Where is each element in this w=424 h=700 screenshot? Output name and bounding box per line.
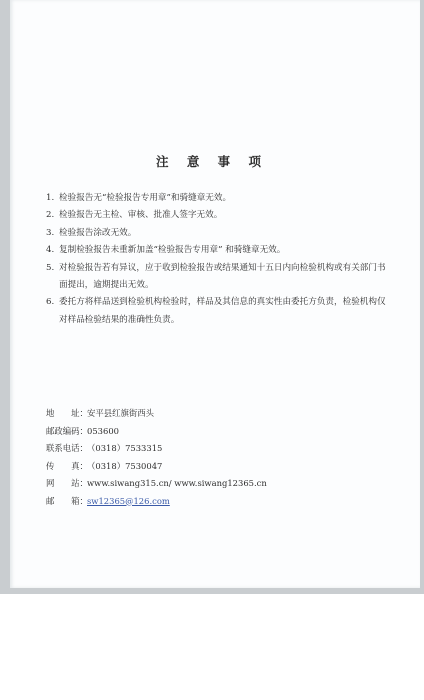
- page-title: 注 意 事 项: [0, 152, 424, 170]
- notice-text: 检验报告无“检验报告专用章”和骑缝章无效。: [59, 190, 391, 207]
- website-label: 网 站：: [46, 475, 87, 493]
- website-value[interactable]: www.siwang315.cn/ www.siwang12365.cn: [87, 478, 267, 488]
- notice-item: 6. 委托方将样品送到检验机构检验时，样品及其信息的真实性由委托方负责，检验机构…: [46, 294, 391, 329]
- notice-text: 检验报告涂改无效。: [59, 225, 391, 242]
- notice-text: 复制检验报告未重新加盖“检验报告专用章” 和骑缝章无效。: [59, 242, 391, 259]
- fax-label: 传 真：: [46, 458, 87, 476]
- email-label: 邮 箱：: [46, 493, 87, 511]
- notice-item: 1. 检验报告无“检验报告专用章”和骑缝章无效。: [46, 190, 391, 207]
- phone-value: （0318）7533315: [87, 443, 162, 453]
- contact-address: 地 址：安平县红旗街西头: [46, 405, 267, 423]
- notice-text: 检验报告无主检、审核、批准人签字无效。: [59, 207, 391, 224]
- fax-value: （0318）7530047: [87, 461, 162, 471]
- notice-text: 委托方将样品送到检验机构检验时，样品及其信息的真实性由委托方负责，检验机构仅对样…: [59, 294, 391, 329]
- notice-item: 2. 检验报告无主检、审核、批准人签字无效。: [46, 207, 391, 224]
- email-link[interactable]: sw12365@126.com: [87, 496, 170, 506]
- notice-number: 3.: [46, 225, 59, 242]
- notice-item: 4. 复制检验报告未重新加盖“检验报告专用章” 和骑缝章无效。: [46, 242, 391, 259]
- contact-email: 邮 箱：sw12365@126.com: [46, 493, 267, 511]
- contact-website: 网 站：www.siwang315.cn/ www.siwang12365.cn: [46, 475, 267, 493]
- notice-number: 1.: [46, 190, 59, 207]
- address-label: 地 址：: [46, 405, 87, 423]
- notice-list: 1. 检验报告无“检验报告专用章”和骑缝章无效。 2. 检验报告无主检、审核、批…: [46, 190, 391, 329]
- phone-label: 联系电话：: [46, 440, 87, 458]
- postcode-value: 053600: [87, 426, 119, 436]
- notice-number: 4.: [46, 242, 59, 259]
- notice-number: 6.: [46, 294, 59, 329]
- address-value: 安平县红旗街西头: [87, 408, 154, 418]
- contact-info: 地 址：安平县红旗街西头 邮政编码：053600 联系电话：（0318）7533…: [46, 405, 267, 510]
- notice-item: 5. 对检验报告若有异议，应于收到检验报告或结果通知十五日内向检验机构或有关部门…: [46, 260, 391, 295]
- notice-number: 2.: [46, 207, 59, 224]
- notice-number: 5.: [46, 260, 59, 295]
- notice-text: 对检验报告若有异议，应于收到检验报告或结果通知十五日内向检验机构或有关部门书面提…: [59, 260, 391, 295]
- contact-phone: 联系电话：（0318）7533315: [46, 440, 267, 458]
- notice-item: 3. 检验报告涂改无效。: [46, 225, 391, 242]
- postcode-label: 邮政编码：: [46, 423, 87, 441]
- contact-fax: 传 真：（0318）7530047: [46, 458, 267, 476]
- contact-postcode: 邮政编码：053600: [46, 423, 267, 441]
